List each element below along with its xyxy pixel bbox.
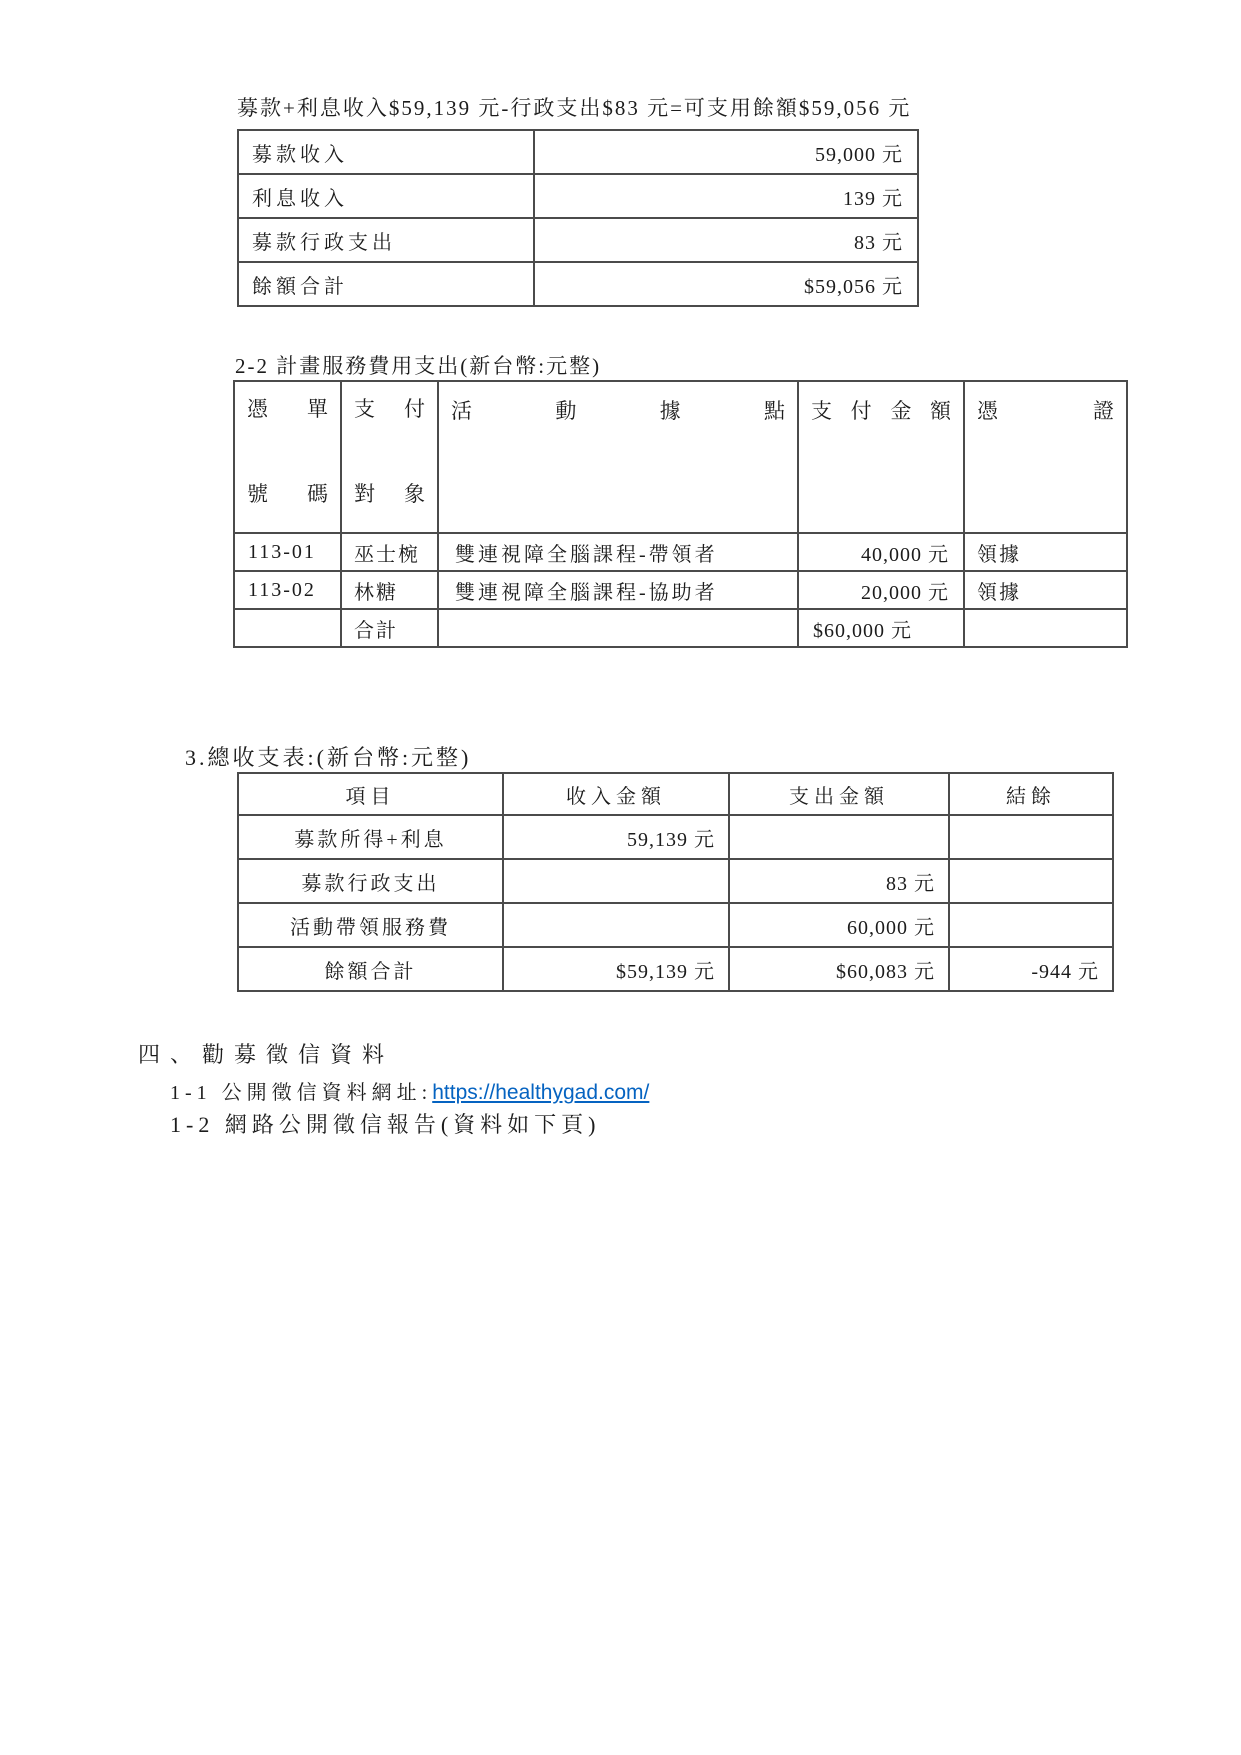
expense-cell [729,815,949,859]
header-amount: 支 付 金 額 [798,381,964,533]
header-expense: 支出金額 [729,773,949,815]
payee-cell: 林糖 [341,571,438,609]
amount-cell: 20,000 元 [798,571,964,609]
voucher-no-cell: 113-01 [234,533,341,571]
venue-cell: 雙連視障全腦課程-協助者 [438,571,798,609]
income-row-label: 餘額合計 [238,262,534,306]
income-row-value: 59,000 元 [534,130,918,174]
venue-cell [438,609,798,647]
voucher-no-cell: 113-02 [234,571,341,609]
income-cell: $59,139 元 [503,947,729,991]
header-item: 項目 [238,773,503,815]
receipt-cell: 領據 [964,571,1127,609]
balance-cell [949,859,1113,903]
table-row-total: 合計 $60,000 元 [234,609,1127,647]
header-balance: 結餘 [949,773,1113,815]
expense-cell: $60,083 元 [729,947,949,991]
header-income: 收入金額 [503,773,729,815]
item-cell: 活動帶領服務費 [238,903,503,947]
table-row: 113-02 林糖 雙連視障全腦課程-協助者 20,000 元 領據 [234,571,1127,609]
amount-cell: 40,000 元 [798,533,964,571]
income-row-value: 83 元 [534,218,918,262]
income-row-value: 139 元 [534,174,918,218]
credit-item-1-1: 1-1 公開徵信資料網址:https://healthygad.com/ [170,1076,649,1105]
income-row-value: $59,056 元 [534,262,918,306]
table-row-total: 餘額合計 $59,139 元 $60,083 元 -944 元 [238,947,1113,991]
total-balance-table: 項目 收入金額 支出金額 結餘 募款所得+利息 59,139 元 募款行政支出 … [237,772,1114,992]
balance-cell [949,815,1113,859]
header-venue: 活 動 據 點 [438,381,798,533]
item-cell: 募款所得+利息 [238,815,503,859]
total-amount-cell: $60,000 元 [798,609,964,647]
balance-cell: -944 元 [949,947,1113,991]
header-payee-line2: 對 象 [354,480,425,508]
item-cell: 募款行政支出 [238,859,503,903]
section-4-heading: 四、勸募徵信資料 [138,1038,394,1069]
header-voucher-no-line1: 憑 單 [247,395,328,423]
total-label-cell: 合計 [341,609,438,647]
receipt-cell [964,609,1127,647]
header-voucher-no: 憑 單 號 碼 [234,381,341,533]
income-cell: 59,139 元 [503,815,729,859]
venue-cell: 雙連視障全腦課程-帶領者 [438,533,798,571]
table-row: 募款收入 59,000 元 [238,130,918,174]
payee-cell: 巫士椀 [341,533,438,571]
table-header-row: 憑 單 號 碼 支 付 對 象 活 動 據 點 支 付 金 額 憑 證 [234,381,1127,533]
credit-item-1-1-label: 1-1 公開徵信資料網址: [170,1082,432,1104]
table-row: 餘額合計 $59,056 元 [238,262,918,306]
receipt-cell: 領據 [964,533,1127,571]
income-row-label: 募款行政支出 [238,218,534,262]
table-row: 募款行政支出 83 元 [238,859,1113,903]
table-row: 利息收入 139 元 [238,174,918,218]
expense-cell: 83 元 [729,859,949,903]
document-page: 募款+利息收入$59,139 元-行政支出$83 元=可支用餘額$59,056 … [0,0,1241,1755]
expense-cell: 60,000 元 [729,903,949,947]
disclosure-url-link[interactable]: https://healthygad.com/ [432,1081,649,1104]
header-payee: 支 付 對 象 [341,381,438,533]
income-row-label: 利息收入 [238,174,534,218]
income-cell [503,903,729,947]
header-voucher-no-line2: 號 碼 [247,480,328,508]
table-row: 113-01 巫士椀 雙連視障全腦課程-帶領者 40,000 元 領據 [234,533,1127,571]
income-summary-table: 募款收入 59,000 元 利息收入 139 元 募款行政支出 83 元 餘額合… [237,129,919,307]
item-cell: 餘額合計 [238,947,503,991]
credit-item-1-2: 1-2 網路公開徵信報告(資料如下頁) [170,1108,600,1139]
income-cell [503,859,729,903]
voucher-no-cell [234,609,341,647]
income-summary-formula: 募款+利息收入$59,139 元-行政支出$83 元=可支用餘額$59,056 … [237,92,911,122]
header-payee-line1: 支 付 [354,395,425,423]
table-row: 募款所得+利息 59,139 元 [238,815,1113,859]
table-row: 活動帶領服務費 60,000 元 [238,903,1113,947]
header-receipt: 憑 證 [964,381,1127,533]
table-header-row: 項目 收入金額 支出金額 結餘 [238,773,1113,815]
balance-cell [949,903,1113,947]
section-3-heading: 3.總收支表:(新台幣:元整) [185,741,471,772]
income-row-label: 募款收入 [238,130,534,174]
service-expense-table: 憑 單 號 碼 支 付 對 象 活 動 據 點 支 付 金 額 憑 證 113-… [233,380,1128,648]
table-row: 募款行政支出 83 元 [238,218,918,262]
section-2-2-heading: 2-2 計畫服務費用支出(新台幣:元整) [235,350,601,380]
